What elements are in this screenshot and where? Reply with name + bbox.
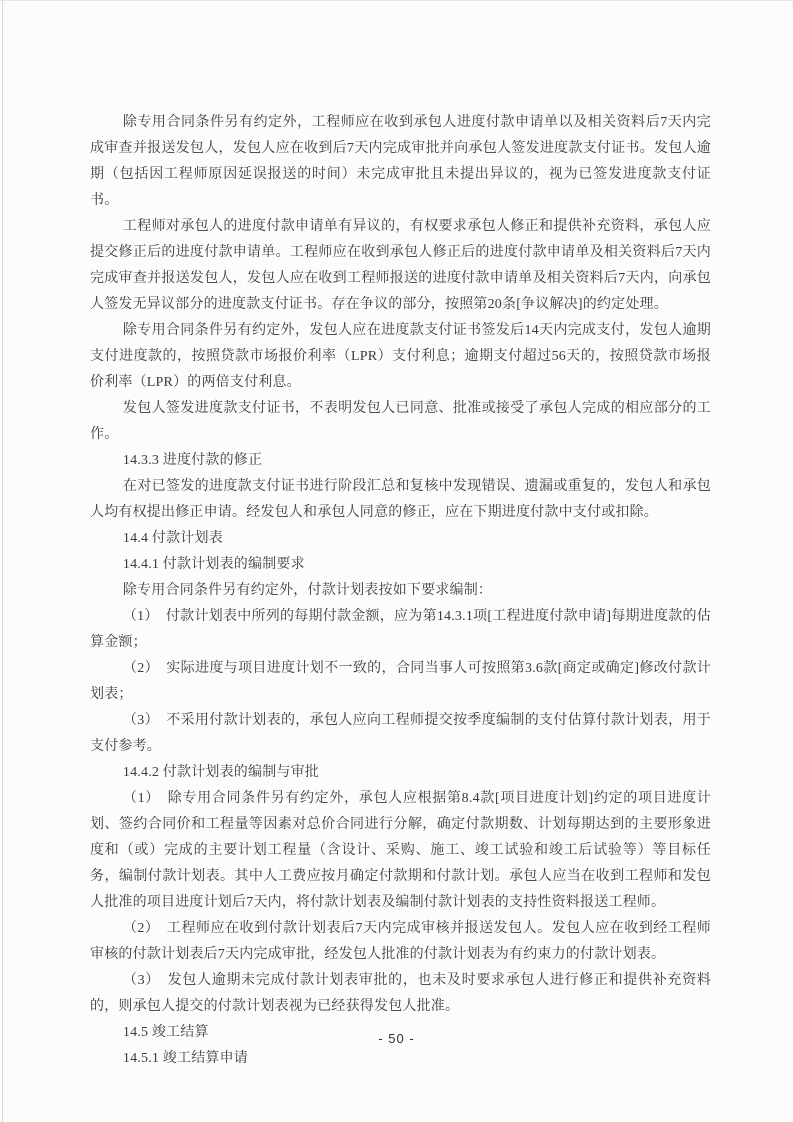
paragraph: 工程师对承包人的进度付款申请单有异议的，有权要求承包人修正和提供补充资料，承包人… [90, 214, 711, 318]
list-item: （2） 实际进度与项目进度计划不一致的，合同当事人可按照第3.6款[商定或确定]… [90, 656, 711, 708]
section-heading: 14.4.1 付款计划表的编制要求 [90, 552, 711, 578]
list-item: （3） 不采用付款计划表的，承包人应向工程师提交按季度编制的支付估算付款计划表，… [90, 708, 711, 760]
document-page: 除专用合同条件另有约定外，工程师应在收到承包人进度付款申请单以及相关资料后7天内… [0, 0, 793, 1122]
paragraph: 除专用合同条件另有约定外，工程师应在收到承包人进度付款申请单以及相关资料后7天内… [90, 110, 711, 214]
paragraph: 发包人签发进度款支付证书，不表明发包人已同意、批准或接受了承包人完成的相应部分的… [90, 396, 711, 448]
page-number: - 50 - [0, 1031, 793, 1046]
section-heading: 14.3.3 进度付款的修正 [90, 448, 711, 474]
paragraph: 除专用合同条件另有约定外，发包人应在进度款支付证书签发后14天内完成支付，发包人… [90, 318, 711, 396]
list-item: （1） 除专用合同条件另有约定外，承包人应根据第8.4款[项目进度计划]约定的项… [90, 786, 711, 916]
section-heading: 14.5.1 竣工结算申请 [90, 1046, 711, 1072]
paragraph: 除专用合同条件另有约定外，付款计划表按如下要求编制： [90, 578, 711, 604]
section-heading: 14.4 付款计划表 [90, 526, 711, 552]
list-item: （3） 发包人逾期未完成付款计划表审批的，也未及时要求承包人进行修正和提供补充资… [90, 968, 711, 1020]
document-body: 除专用合同条件另有约定外，工程师应在收到承包人进度付款申请单以及相关资料后7天内… [90, 110, 711, 1072]
list-item: （1） 付款计划表中所列的每期付款金额，应为第14.3.1项[工程进度付款申请]… [90, 604, 711, 656]
section-heading: 14.4.2 付款计划表的编制与审批 [90, 760, 711, 786]
list-item: （2） 工程师应在收到付款计划表后7天内完成审核并报送发包人。发包人应在收到经工… [90, 916, 711, 968]
paragraph: 在对已签发的进度款支付证书进行阶段汇总和复核中发现错误、遗漏或重复的，发包人和承… [90, 474, 711, 526]
